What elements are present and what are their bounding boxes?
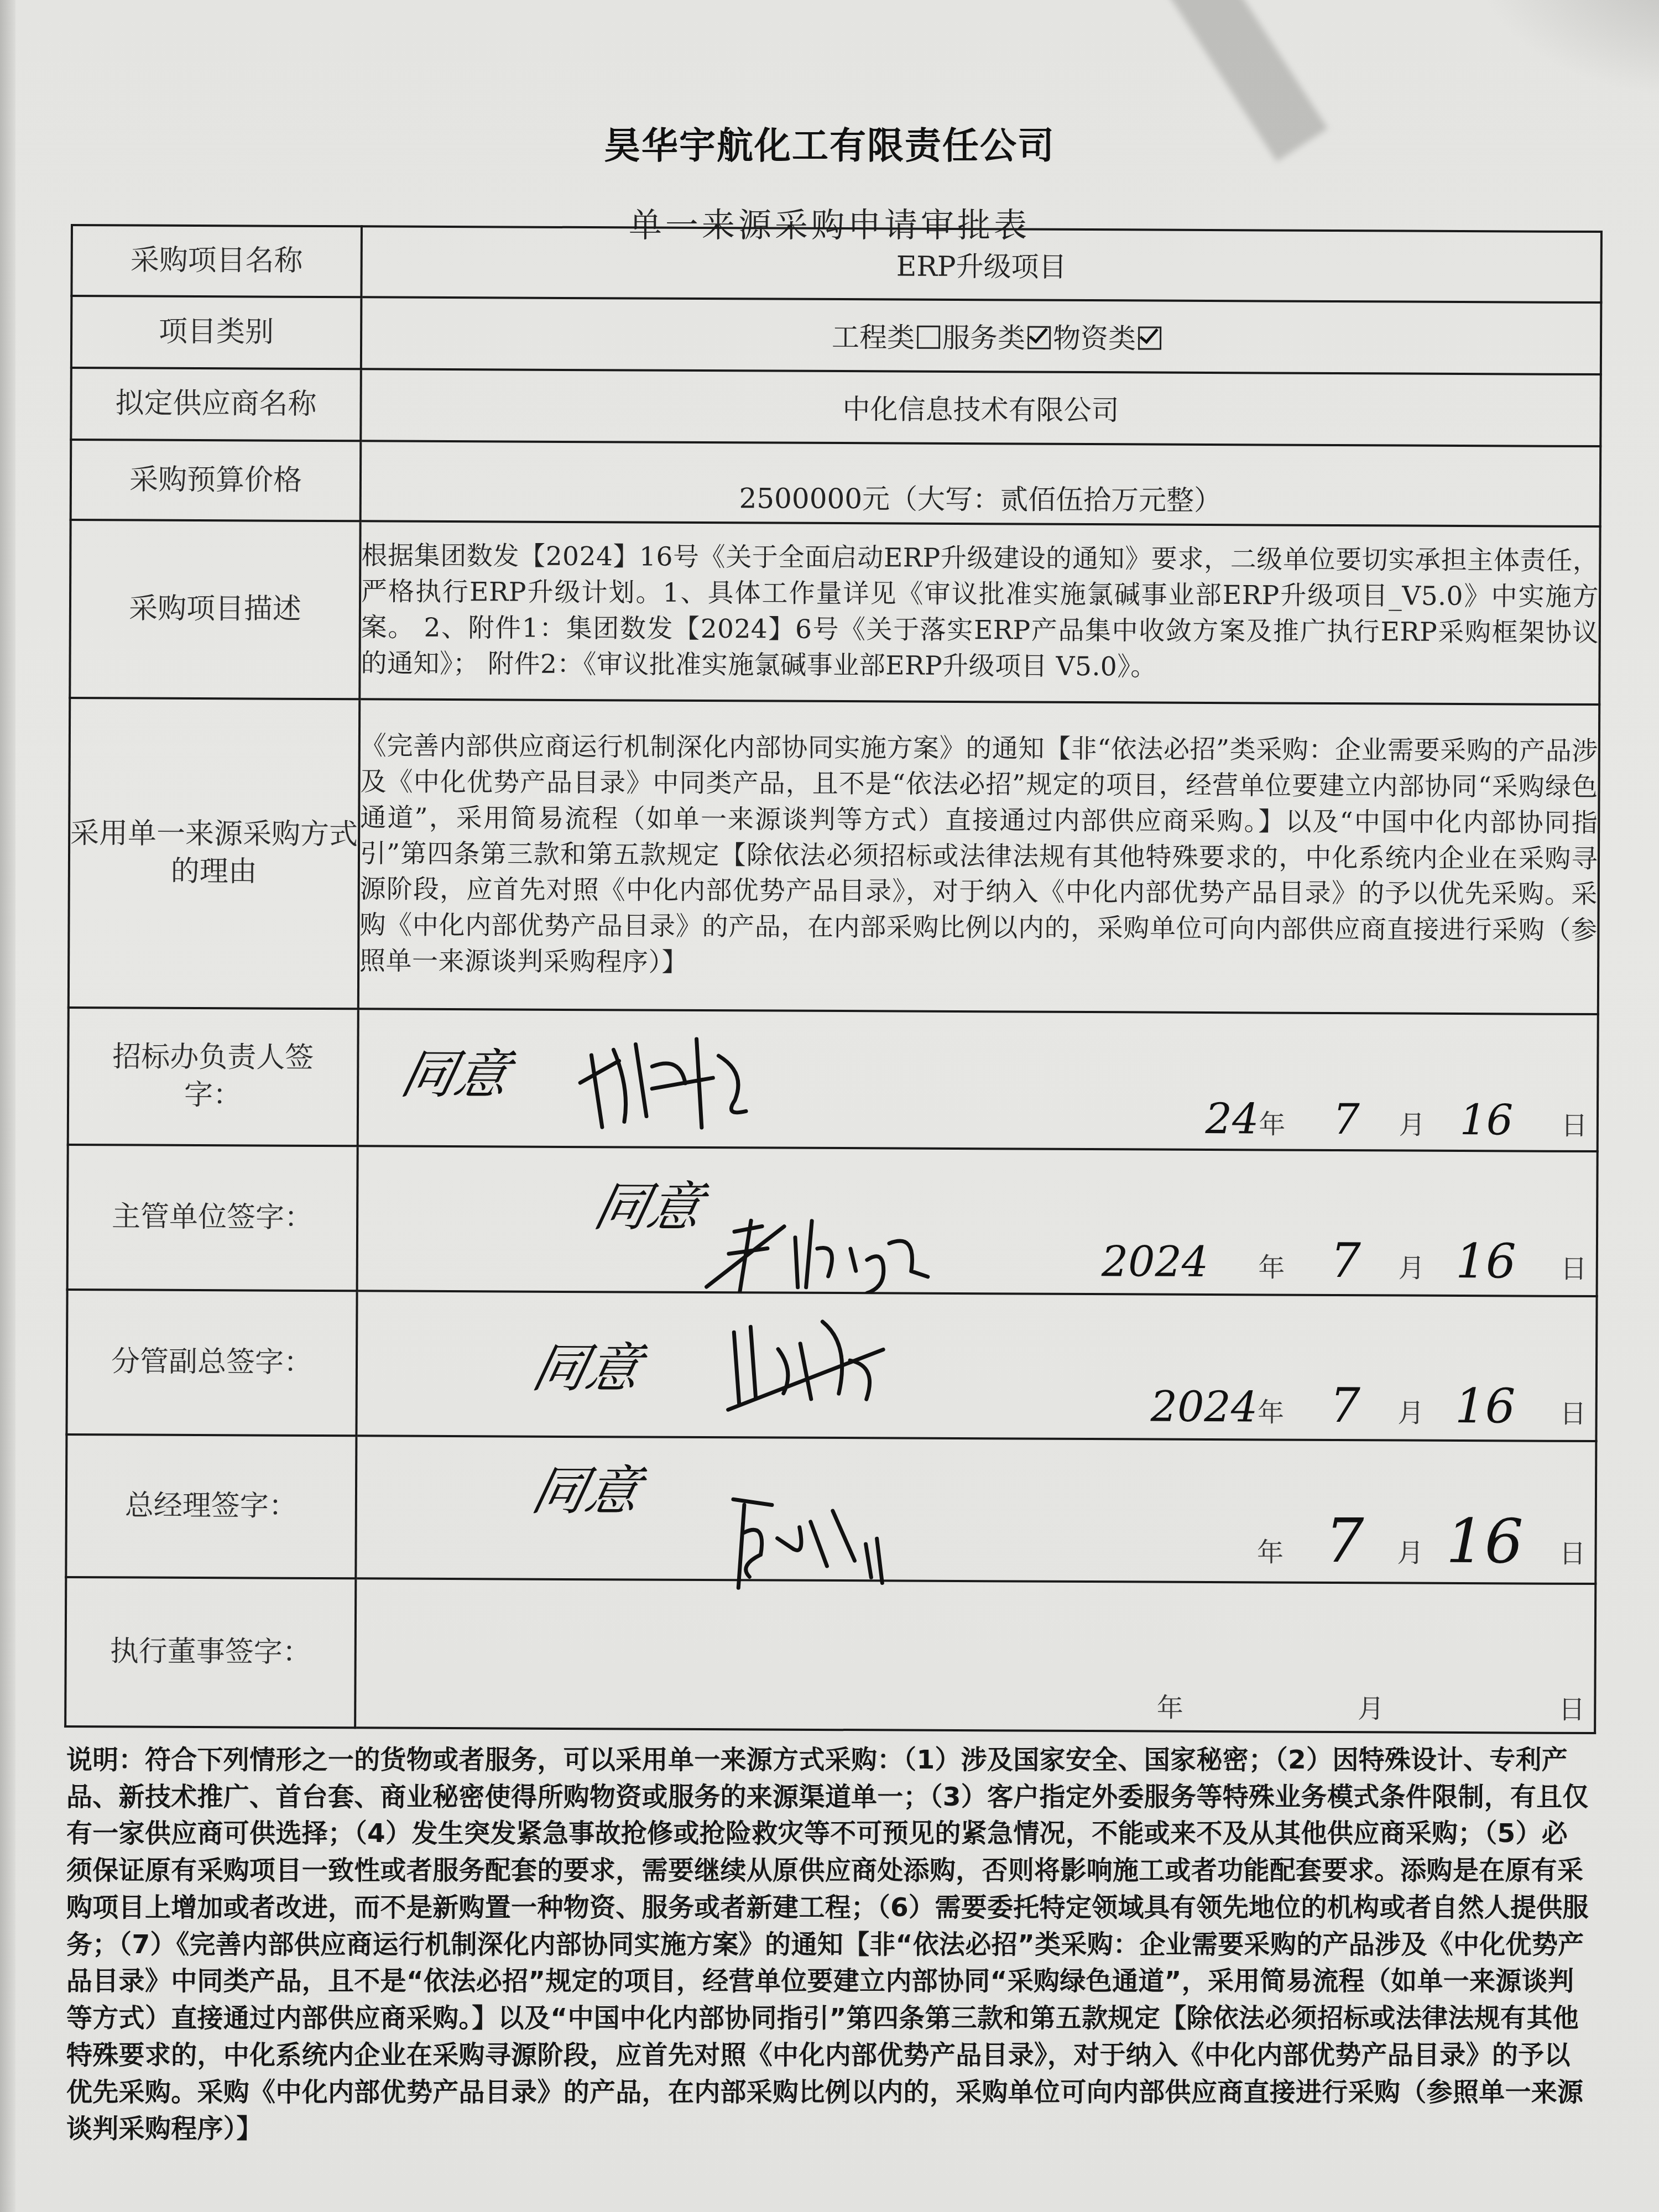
- label-unit-signature: 主管单位签字：: [67, 1145, 358, 1291]
- approval-mark: 同意: [526, 1326, 649, 1402]
- signature-row: 执行董事签字： 年 月 日: [65, 1577, 1595, 1733]
- date-line: 年 7月 16日: [1257, 1505, 1586, 1577]
- value-description: 根据集团数发【2024】16号《关于全面启动ERP升级建设的通知》要求，二级单位…: [359, 521, 1600, 705]
- approval-mark: 同意: [588, 1165, 711, 1241]
- value-project-name: ERP升级项目: [361, 226, 1601, 302]
- day-value: 16: [1434, 1095, 1539, 1145]
- approval-mark: 同意: [395, 1032, 518, 1109]
- label-project-category: 项目类别: [71, 296, 362, 369]
- corner-shadow: [1471, 0, 1659, 100]
- deputy-gm-signature-field[interactable]: 同意 2024年 7月 16日: [356, 1291, 1597, 1441]
- category-option-materials: 物资类: [1053, 322, 1164, 355]
- date-line: 24年 7月 16日: [1205, 1094, 1588, 1145]
- row-project-category: 项目类别 工程类服务类物资类: [71, 296, 1601, 374]
- year-value: 24: [1205, 1094, 1259, 1143]
- month-value: 7: [1293, 1094, 1399, 1144]
- year-value: 2024: [1102, 1237, 1209, 1286]
- unit-signature-field[interactable]: 同意 2024年 7月 16日: [357, 1146, 1598, 1296]
- label-project-name: 采购项目名称: [71, 225, 362, 297]
- signature-row: 招标办负责人签字： 同意 24年 7月 16日: [68, 1008, 1598, 1151]
- handwritten-signature-icon: [569, 1022, 758, 1133]
- label-budget: 采购预算价格: [71, 440, 361, 521]
- tender-office-signature-field[interactable]: 同意 24年 7月 16日: [358, 1009, 1598, 1151]
- paper-edge-shadow: [0, 0, 15, 2212]
- label-description: 采购项目描述: [70, 520, 360, 699]
- month-value: 7: [1292, 1378, 1397, 1434]
- label-executive-director-signature: 执行董事签字：: [65, 1577, 356, 1728]
- approval-mark: 同意: [526, 1449, 649, 1525]
- label-gm-signature: 总经理签字：: [66, 1434, 356, 1578]
- date-line: 2024年 7月 16日: [1102, 1232, 1587, 1290]
- instructions-note: 说明：符合下列情形之一的货物或者服务，可以采用单一来源方式采购：（1）涉及国家安…: [66, 1742, 1593, 2148]
- label-supplier: 拟定供应商名称: [71, 368, 361, 441]
- value-project-category: 工程类服务类物资类: [361, 297, 1601, 374]
- date-line: 年 月 日: [1157, 1687, 1585, 1726]
- row-supplier: 拟定供应商名称 中化信息技术有限公司: [71, 368, 1601, 446]
- month-value: 7: [1292, 1505, 1397, 1577]
- signature-row: 分管副总签字： 同意 2024年 7月 16日: [66, 1290, 1597, 1441]
- year-value: 2024: [1150, 1382, 1258, 1432]
- date-line: 2024年 7月 16日: [1150, 1378, 1586, 1434]
- row-description: 采购项目描述 根据集团数发【2024】16号《关于全面启动ERP升级建设的通知》…: [70, 520, 1600, 705]
- label-tender-office-signature: 招标办负责人签字：: [68, 1008, 358, 1146]
- row-reason: 采用单一来源采购方式的理由 《完善内部供应商运行机制深化内部协同实施方案》的通知…: [69, 698, 1599, 1014]
- month-value: 7: [1293, 1233, 1398, 1289]
- executive-director-signature-field[interactable]: 年 月 日: [355, 1578, 1595, 1733]
- day-value: 16: [1432, 1379, 1537, 1434]
- value-supplier: 中化信息技术有限公司: [361, 369, 1601, 446]
- handwritten-signature-icon: [717, 1316, 906, 1421]
- label-reason: 采用单一来源采购方式的理由: [69, 698, 359, 1009]
- category-option-service: 服务类: [942, 322, 1053, 354]
- category-option-engineering: 工程类: [832, 321, 942, 354]
- day-value: 16: [1432, 1506, 1537, 1577]
- signature-row: 主管单位签字： 同意 2024年 7月 16日: [67, 1145, 1598, 1296]
- day-value: [1392, 1718, 1558, 1718]
- approval-form-table: 采购项目名称 ERP升级项目 项目类别 工程类服务类物资类 拟定供应商名称 中化…: [64, 224, 1603, 1734]
- label-deputy-gm-signature: 分管副总签字：: [66, 1290, 357, 1436]
- handwritten-signature-icon: [701, 1209, 934, 1293]
- checkbox-service[interactable]: [1027, 326, 1051, 349]
- gm-signature-field[interactable]: 同意 年 7月 16日: [356, 1436, 1596, 1584]
- month-value: [1192, 1717, 1358, 1718]
- row-budget: 采购预算价格 2500000元（大写：贰佰伍拾万元整）: [71, 440, 1601, 526]
- company-name: 昊华宇航化工有限责任公司: [0, 116, 1659, 169]
- day-value: 16: [1433, 1234, 1538, 1290]
- checkbox-engineering[interactable]: [917, 326, 940, 349]
- row-project-name: 采购项目名称 ERP升级项目: [71, 225, 1601, 302]
- checkbox-materials[interactable]: [1138, 326, 1161, 349]
- handwritten-signature-icon: [722, 1488, 888, 1594]
- signature-row: 总经理签字： 同意 年 7月 16日: [66, 1434, 1596, 1584]
- value-budget: 2500000元（大写：贰佰伍拾万元整）: [361, 441, 1601, 526]
- value-reason: 《完善内部供应商运行机制深化内部协同实施方案》的通知【非“依法必招”类采购：企业…: [358, 699, 1599, 1014]
